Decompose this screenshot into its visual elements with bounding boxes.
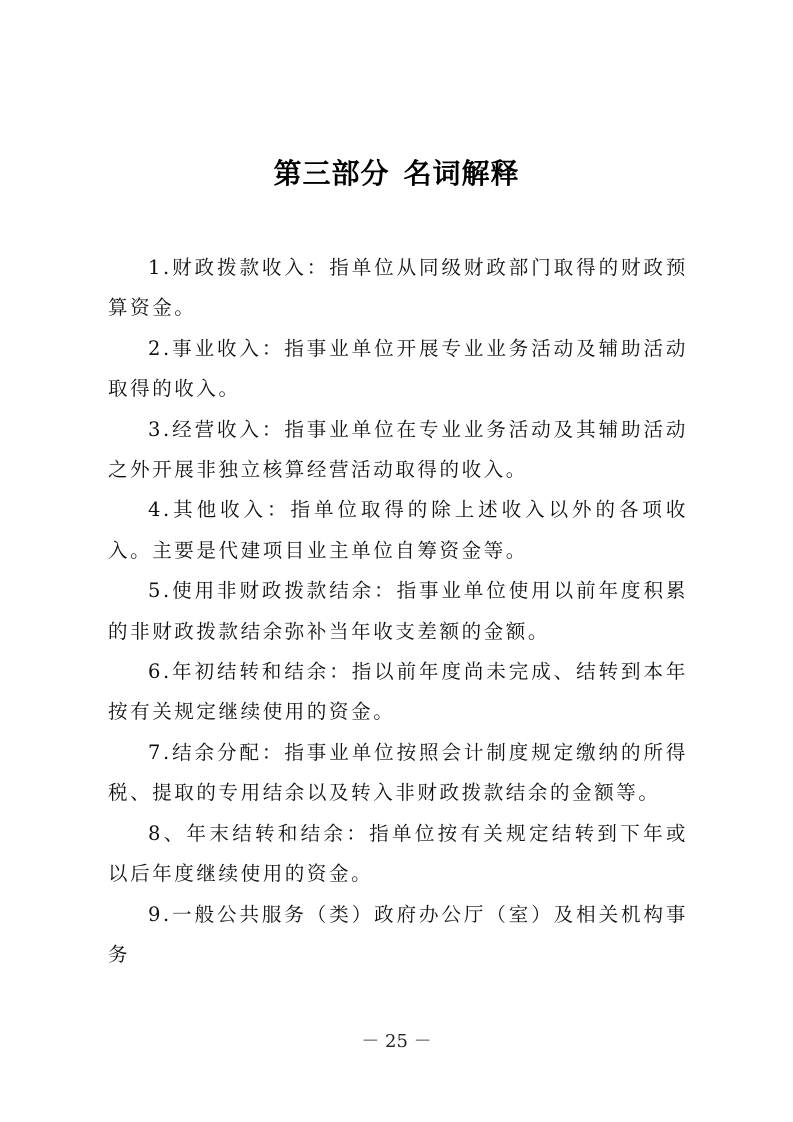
glossary-item: 5.使用非财政拨款结余：指事业单位使用以前年度积累的非财政拨款结余弥补当年收支差… — [108, 571, 688, 652]
glossary-item: 9.一般公共服务（类）政府办公厅（室）及相关机构事务 — [108, 895, 688, 976]
section-title: 第三部分名词解释 — [0, 152, 793, 192]
glossary-item: 6.年初结转和结余：指以前年度尚未完成、结转到本年按有关规定继续使用的资金。 — [108, 652, 688, 733]
glossary-item: 8、年末结转和结余：指单位按有关规定结转到下年或以后年度继续使用的资金。 — [108, 814, 688, 895]
glossary-item: 3.经营收入：指事业单位在专业业务活动及其辅助活动之外开展非独立核算经营活动取得… — [108, 410, 688, 491]
page-number: － 25 － — [0, 1027, 793, 1053]
document-page: 第三部分名词解释 1.财政拨款收入：指单位从同级财政部门取得的财政预算资金。 2… — [0, 0, 793, 1122]
glossary-item: 2.事业收入：指事业单位开展专业业务活动及辅助活动取得的收入。 — [108, 329, 688, 410]
glossary-body: 1.财政拨款收入：指单位从同级财政部门取得的财政预算资金。 2.事业收入：指事业… — [108, 248, 688, 975]
section-title-part: 第三部分 — [273, 157, 389, 190]
glossary-item: 1.财政拨款收入：指单位从同级财政部门取得的财政预算资金。 — [108, 248, 688, 329]
glossary-item: 7.结余分配：指事业单位按照会计制度规定缴纳的所得税、提取的专用结余以及转入非财… — [108, 733, 688, 814]
section-title-name: 名词解释 — [404, 157, 520, 190]
glossary-item: 4.其他收入：指单位取得的除上述收入以外的各项收入。主要是代建项目业主单位自筹资… — [108, 490, 688, 571]
